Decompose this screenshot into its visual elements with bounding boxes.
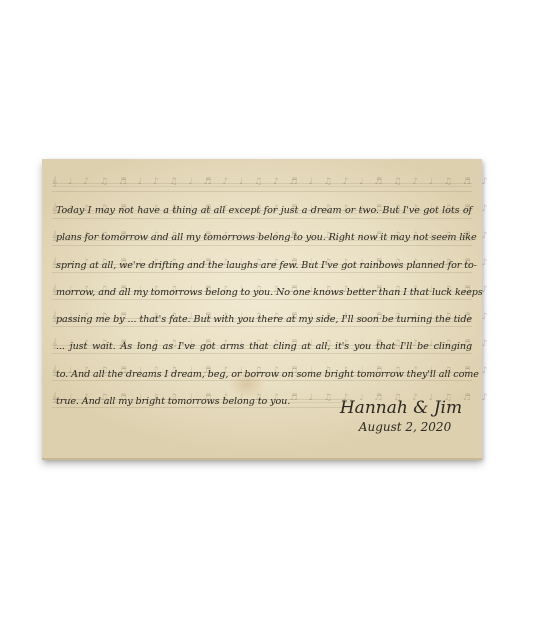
lyric-line: Today I may not have a thing at all exce… <box>56 197 472 224</box>
lyric-line: spring at all, we're drifting and the la… <box>56 252 472 279</box>
lyric-line: ... just wait. As long as I've got arms … <box>56 333 472 360</box>
lyric-line: plans for tomorrow and all my tomorrows … <box>56 224 472 251</box>
wedding-date: August 2, 2020 <box>326 419 476 435</box>
couple-names: Hannah & Jim <box>326 397 476 419</box>
music-notes-icon: 𝄞 ♩ ♪ ♫ ♬ ♩ ♪ ♫ ♩ ♬ ♪ ♩ ♫ ♪ ♬ ♩ ♫ ♪ ♩ ♬ … <box>52 177 492 187</box>
lyric-line: morrow, and all my tomorrows belong to y… <box>56 279 472 306</box>
lyric-line: passing me by ... that's fate. But with … <box>56 306 472 333</box>
music-staff: 𝄞 ♩ ♪ ♫ ♬ ♩ ♪ ♫ ♩ ♬ ♪ ♩ ♫ ♪ ♬ ♩ ♫ ♪ ♩ ♬ … <box>52 183 472 192</box>
lyric-line: to. And all the dreams I dream, beg, or … <box>56 361 472 388</box>
signature-block: Hannah & Jim August 2, 2020 <box>326 397 476 435</box>
song-lyrics: Today I may not have a thing at all exce… <box>56 197 472 415</box>
canvas-print: 𝄞 ♩ ♪ ♫ ♬ ♩ ♪ ♫ ♩ ♬ ♪ ♩ ♫ ♪ ♬ ♩ ♫ ♪ ♩ ♬ … <box>42 159 482 460</box>
